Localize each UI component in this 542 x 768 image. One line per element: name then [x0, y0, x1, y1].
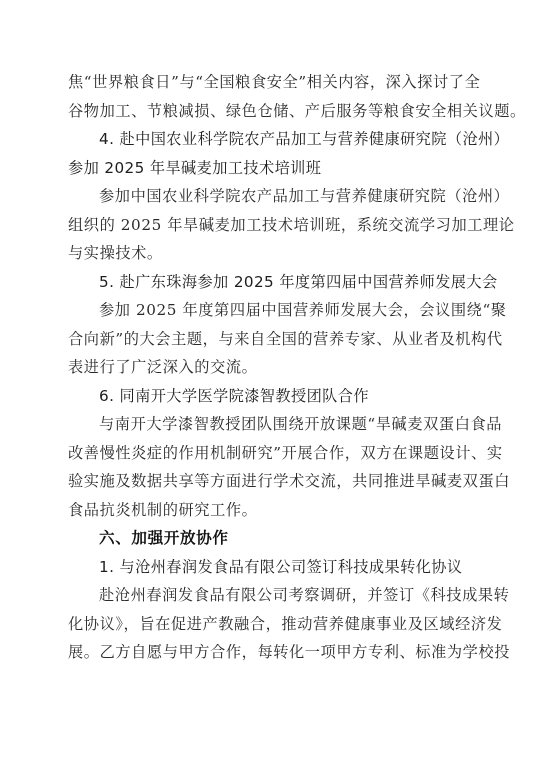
body-line: 改善慢性炎症的作用机制研究”开展合作，双方在课题设计、实 [68, 439, 476, 468]
body-line: 焦“世界粮食日”与“全国粮食安全”相关内容，深入探讨了全 [68, 68, 476, 97]
body-line: 合向新”的大会主题，与来自全国的营养专家、从业者及机构代 [68, 325, 476, 354]
section-subheading-1: 1. 与沧州春润发食品有限公司签订科技成果转化协议 [68, 553, 476, 582]
section-subheading-4-cont: 参加 2025 年旱碱麦加工技术培训班 [68, 154, 476, 183]
body-line: 食品抗炎机制的研究工作。 [68, 496, 476, 525]
body-line: 展。乙方自愿与甲方合作，每转化一项甲方专利、标准为学校投 [68, 638, 476, 667]
body-line: 表进行了广泛深入的交流。 [68, 353, 476, 382]
document-page: 焦“世界粮食日”与“全国粮食安全”相关内容，深入探讨了全 谷物加工、节粮减损、绿… [68, 68, 476, 667]
body-line: 与南开大学漆智教授团队围绕开放课题“旱碱麦双蛋白食品 [68, 410, 476, 439]
body-line: 参加 2025 年度第四届中国营养师发展大会，会议围绕“聚 [68, 296, 476, 325]
body-line: 验实施及数据共享等方面进行学术交流，共同推进旱碱麦双蛋白 [68, 467, 476, 496]
section-subheading-4: 4. 赴中国农业科学院农产品加工与营养健康研究院（沧州） [68, 125, 476, 154]
section-subheading-5: 5. 赴广东珠海参加 2025 年度第四届中国营养师发展大会 [68, 268, 476, 297]
body-line: 赴沧州春润发食品有限公司考察调研，并签订《科技成果转 [68, 581, 476, 610]
body-line: 参加中国农业科学院农产品加工与营养健康研究院（沧州） [68, 182, 476, 211]
section-subheading-6: 6. 同南开大学医学院漆智教授团队合作 [68, 382, 476, 411]
body-line: 化协议》，旨在促进产教融合，推动营养健康事业及区域经济发 [68, 610, 476, 639]
body-line: 谷物加工、节粮减损、绿色仓储、产后服务等粮食安全相关议题。 [68, 97, 476, 126]
body-line: 组织的 2025 年旱碱麦加工技术培训班，系统交流学习加工理论 [68, 211, 476, 240]
body-line: 与实操技术。 [68, 239, 476, 268]
section-heading-6: 六、加强开放协作 [68, 524, 476, 553]
